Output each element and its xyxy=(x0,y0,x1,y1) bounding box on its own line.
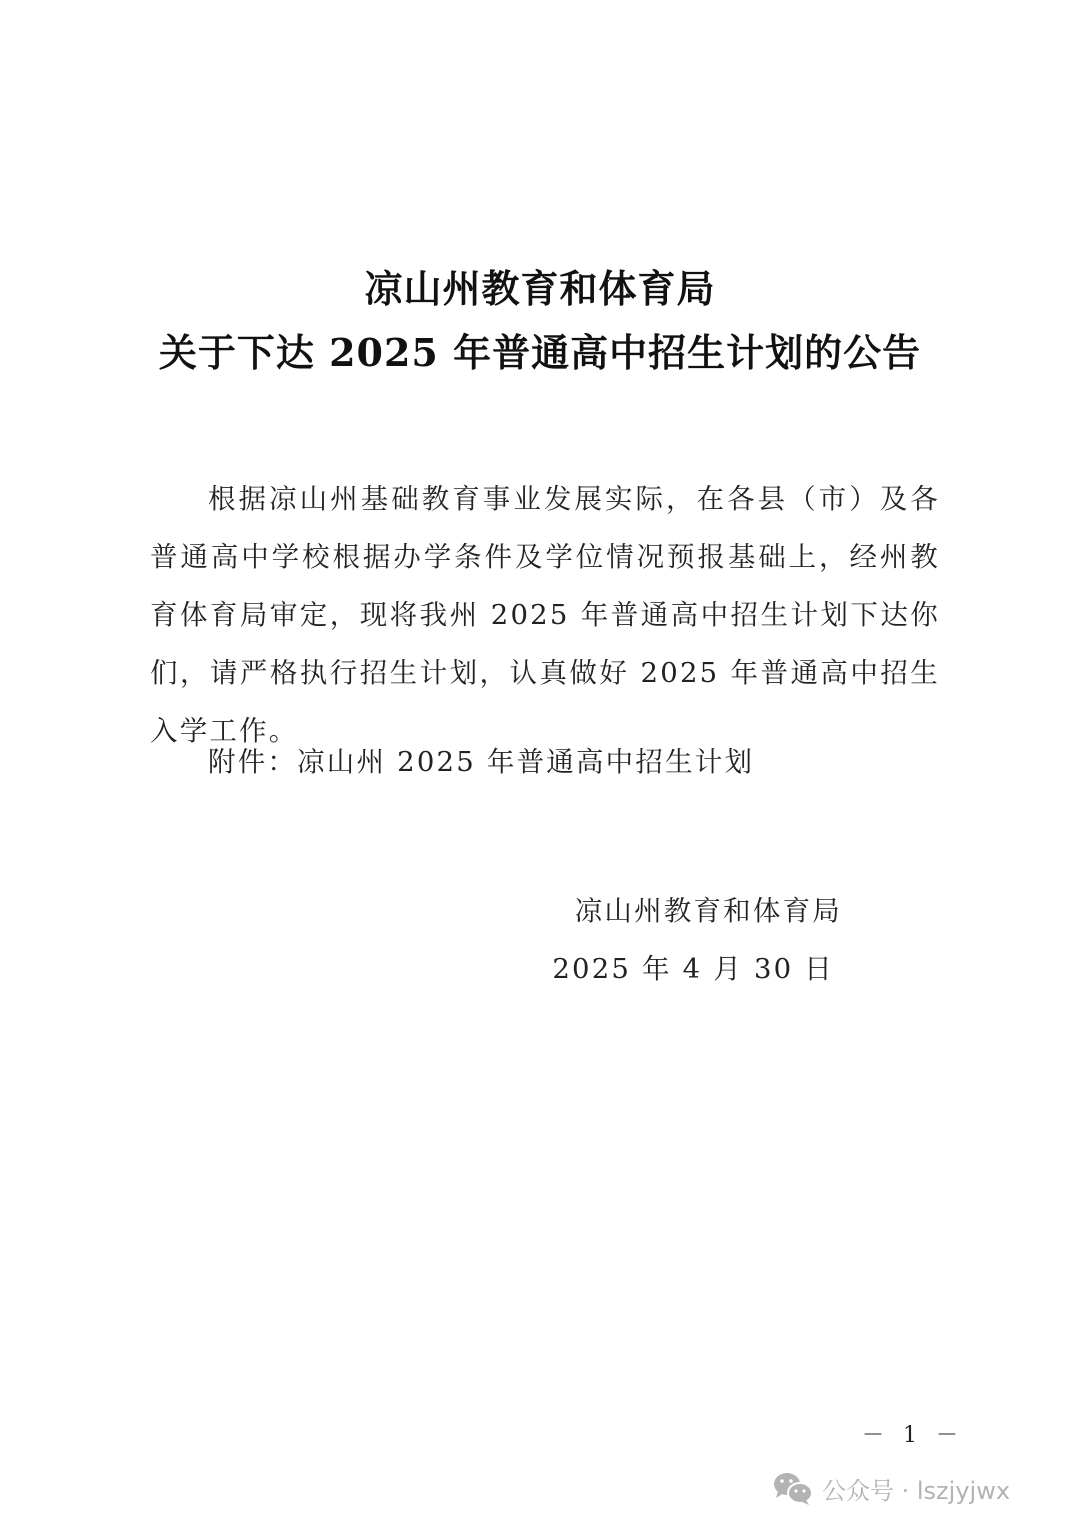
attachment-line: 附件：凉山州 2025 年普通高中招生计划 xyxy=(208,733,908,791)
signature-block: 凉山州教育和体育局 2025 年 4 月 30 日 xyxy=(552,882,842,998)
signature-organization: 凉山州教育和体育局 xyxy=(552,882,842,940)
wechat-watermark: 公众号 · lszjyjwx xyxy=(772,1468,1010,1508)
wechat-icon xyxy=(772,1470,814,1506)
page-number: － 1 － xyxy=(862,1418,964,1449)
watermark-text: 公众号 · lszjyjwx xyxy=(822,1471,1010,1506)
signature-date: 2025 年 4 月 30 日 xyxy=(552,940,842,998)
document-title-line1: 凉山州教育和体育局 xyxy=(0,258,1080,313)
document-title-line2: 关于下达 2025 年普通高中招生计划的公告 xyxy=(0,322,1080,377)
body-paragraph: 根据凉山州基础教育事业发展实际，在各县（市）及各普通高中学校根据办学条件及学位情… xyxy=(150,470,940,760)
document-page: 凉山州教育和体育局 关于下达 2025 年普通高中招生计划的公告 根据凉山州基础… xyxy=(0,0,1080,1527)
